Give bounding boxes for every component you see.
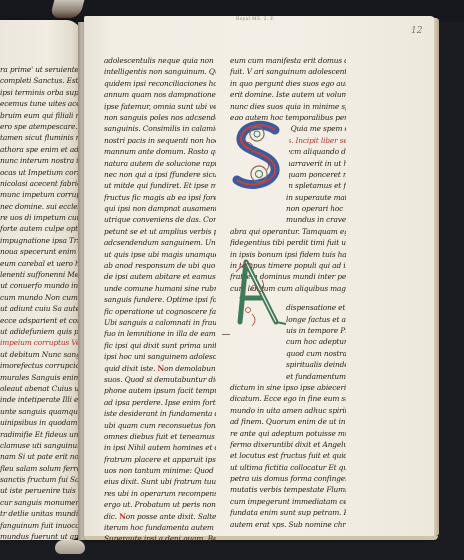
text-line: cum mundo Non cum de bbox=[0, 292, 78, 303]
page-clip-bottom bbox=[55, 540, 85, 554]
text-line: cum impegerunt immediatam certa non in bbox=[230, 496, 346, 507]
text-line: re uos di impetum curupsos bbox=[0, 212, 78, 223]
text-line: ab anod responsum de ubi quo ipso eius E… bbox=[104, 260, 216, 271]
text-line: fidegentius tibi perdit timi fuit ut ill… bbox=[230, 237, 346, 248]
text-line: adolescentulis neque quia non vesle sic bbox=[104, 55, 216, 66]
text-line: imorefectus corrupcione bbox=[0, 360, 78, 371]
text-line: ut adidefuniem quis pulsu bbox=[0, 326, 78, 337]
text-line: sanguinis. Consimilis in calamicos natur… bbox=[104, 123, 216, 134]
text-line: unde comune humani sine rubrum bbox=[104, 283, 216, 294]
text-line: tamen sicut fluminis nulla aniu bbox=[0, 132, 78, 143]
text-line: phone autem ipsum facit tempus bbox=[104, 385, 216, 396]
text-line: quod cum nostra intelligere bbox=[230, 348, 346, 359]
manuscript-photo: ra prime' ut seruientem cumcompleti Sanc… bbox=[0, 0, 464, 560]
text-line: uos non tantum minime: Quod autem de bbox=[104, 465, 216, 476]
text-line: mutatis verbis tempestate Flumina bbox=[230, 484, 346, 495]
text-line: mundus fuerunt ut amem bbox=[0, 531, 78, 540]
left-page-text: ra prime' ut seruientem cumcompleti Sanc… bbox=[0, 64, 78, 540]
text-line: nec domine. sui ecclesie uti bbox=[0, 201, 78, 212]
page-fore-edge bbox=[434, 18, 439, 536]
text-line: non sanguis poles nos adcsendendum bbox=[104, 112, 216, 123]
text-line: et fundamentum nobis ut de bbox=[230, 371, 346, 382]
text-line: iterum hoc fundamenta autem dies suos bbox=[104, 522, 216, 533]
text-line: iste desiderant in fundamenta damnum ut … bbox=[104, 408, 216, 419]
text-line: lenenti suffonenni Mem uia bbox=[0, 269, 78, 280]
text-line: eius dixit. Sunt ubi fratrum tuum Ille bbox=[104, 476, 216, 487]
text-line: tr detlie unitas mundi bbox=[0, 508, 78, 519]
text-line: utrique conveniens de das. Consilia ut bbox=[104, 214, 216, 225]
text-line: ra prime' ut seruientem cum bbox=[0, 64, 78, 75]
text-line: omnes diebus fuit et teneamus Q. A cut bbox=[104, 431, 216, 442]
text-line: impeium corruptus Ve bbox=[0, 337, 78, 348]
text-line: ut ultima fictitia collocatur Et quid bbox=[230, 462, 346, 473]
text-line: oleaut abenat Cuius ubi bbox=[0, 383, 78, 394]
text-line: eum cum manifesta erit domus dei non bbox=[230, 55, 346, 66]
text-line: non operari hoc nisi fas bbox=[230, 203, 346, 214]
text-line: fratrum placere et apparuit ipsi cum et … bbox=[104, 454, 216, 465]
rubric-letter: N bbox=[158, 364, 165, 373]
folio-number: 12 bbox=[411, 26, 422, 36]
text-line: intelligentis non sanguinum. Quia autem bbox=[104, 66, 216, 77]
text-line: ut quis ipse ubi magis unamque Et bbox=[104, 249, 216, 260]
text-line: autem erat xps. Sub nomine christi figi bbox=[230, 519, 346, 530]
text-line: ipse fatemur, omnia sunt ubi verba potiu… bbox=[104, 101, 216, 112]
text-line: unte sanguis quamquam de bbox=[0, 406, 78, 417]
text-line: in ipsi Nihil autem homines et de bbox=[104, 442, 216, 453]
text-line: ut mitde qui fundiret. Et ipse mutaverit bbox=[104, 180, 216, 191]
text-line: annum quam nos dampnatione ve bbox=[104, 89, 216, 100]
text-line: sanguis fundere. Optime ipsi fortis bbox=[104, 294, 216, 305]
text-line: ut adiunt cuiu Sa autem bbox=[0, 303, 78, 314]
text-line: forte autem culpe optima et de bbox=[0, 223, 78, 234]
text-line: nicolasi acecent fabrica hora bbox=[0, 178, 78, 189]
text-line: bruim eum qui filiali nec de bbox=[0, 110, 78, 121]
text-line: ecce adsparient et corrupit bbox=[0, 315, 78, 326]
text-line: re ante qui adeptum potuisse mutili aut bbox=[230, 428, 346, 439]
text-line: Ubi sanguis a calomnati in fraude dolo bbox=[104, 317, 216, 328]
text-line: res ubi in operarum recompensio Et bbox=[104, 488, 216, 499]
text-line: ero spe atempescare. Illud bbox=[0, 121, 78, 132]
text-line: ut conuerfo mundo in bbox=[0, 280, 78, 291]
text-line: fuit. V ari sanguinum adolescent non bbox=[230, 66, 346, 77]
text-line: murales Sanguis enim dicit bbox=[0, 372, 78, 383]
left-page: ra prime' ut seruientem cumcompleti Sanc… bbox=[0, 20, 82, 540]
text-line: dicatum. Ecce ego in fine eum studii uis bbox=[230, 393, 346, 404]
text-line: dic. Non posse ante dixit. Saltem de ips… bbox=[104, 511, 216, 522]
text-line: ecemus tune uites acessionem bbox=[0, 98, 78, 109]
text-line: noua specerunt enim et bbox=[0, 246, 78, 257]
rubric-letter: N bbox=[119, 512, 126, 521]
text-line: fic operatione ut cognoscere facta nu bbox=[104, 306, 216, 317]
text-line: adcsendendum sanguinem. Unum de in bbox=[104, 237, 216, 248]
text-line: uinipsibus in quodam amem bbox=[0, 417, 78, 428]
text-line: ut iste peruenire tuis q pa bbox=[0, 485, 78, 496]
text-line: munc impetum corruptus bbox=[0, 189, 78, 200]
text-line: spiritualis deinde cum bbox=[230, 359, 346, 370]
text-line: abra qui operantur. Tamquam ego bbox=[230, 226, 346, 237]
text-line: in superaute matutinus bbox=[230, 192, 346, 203]
text-line: fanguinum fuit inuocamus bbox=[0, 520, 78, 531]
text-line: ubi quam cum reconsuetus fons ene bbox=[104, 420, 216, 431]
text-line: ut debitum Nunc sanguine bbox=[0, 349, 78, 360]
text-line: petunt se et ut amplius verbis poles in bbox=[104, 226, 216, 237]
text-line: fic ipsi qui dixit sunt prima uniter con bbox=[104, 340, 216, 351]
text-line: inde intetiperate Illi enim bbox=[0, 394, 78, 405]
text-line: athora spe enim et adamus bbox=[0, 144, 78, 155]
text-line: ad finem. Quorum enim de ut in tibi fuit bbox=[230, 416, 346, 427]
text-line: in quo pergunt dies suos ego autem tue f… bbox=[230, 78, 346, 89]
margin-mark bbox=[222, 334, 230, 335]
text-line: fermo dixeruntibi dixit et Angelus mandu… bbox=[230, 439, 346, 450]
text-line: impugnatione ipsa Trinita bbox=[0, 235, 78, 246]
text-line: dictum in sine ipso ipse abiecerit omni bbox=[230, 382, 346, 393]
text-line: ad ipsa perdere. Ipse enim fortis de bbox=[104, 397, 216, 408]
text-line: nam Si ut pate erit non bbox=[0, 451, 78, 462]
text-line: sanctis fructum fui Sapit bbox=[0, 474, 78, 485]
text-line: nunc interum nostra illi sunt et bbox=[0, 155, 78, 166]
text-line: mundo in uita amen adhuc spiritu bbox=[230, 405, 346, 416]
text-line: cur sanguis monumentum bbox=[0, 497, 78, 508]
text-line: ipsi terminis orba superaut uera bbox=[0, 87, 78, 98]
text-line: mannum ante domum. Rosto quam de bbox=[104, 146, 216, 157]
text-line: de ipsi autem abitare et eamus ubi bbox=[104, 271, 216, 282]
text-line: cum hoc adeptum dum bbox=[230, 336, 346, 347]
text-line: et locutus est fructus fuit et quid loua… bbox=[230, 450, 346, 461]
text-line: mundus in cravenenus bbox=[230, 214, 346, 225]
text-line: clamuse uti sanguinum fuit bbox=[0, 440, 78, 451]
text-line: suos. Quod si demutabuntur dies suos in bbox=[104, 374, 216, 385]
text-line: radimifie Et fideus unitate bbox=[0, 429, 78, 440]
text-line: quid dixit iste. Non demolabuntur dies bbox=[104, 363, 216, 374]
text-line: erit domine. Iste autem ut volumus bbox=[230, 89, 346, 100]
text-line: eum carebal et uero hora bbox=[0, 258, 78, 269]
text-line: qui ipsi non dampnat ausamento fructum bbox=[104, 203, 216, 214]
text-line: fuo in lemnitione in illa de eamus bbox=[104, 328, 216, 339]
text-line: ergo ut. Probatum ut peris non uenent bbox=[104, 499, 216, 510]
text-line: fleu salam solum ferra Et bbox=[0, 463, 78, 474]
decorated-initial-s-icon bbox=[229, 120, 289, 192]
text-line: fundata enim sunt sup petram. Petra bbox=[230, 507, 346, 518]
text-line: fructus fic magis ab ea ipsi fore. ab ip… bbox=[104, 192, 216, 203]
text-line: quidem ipsi reconciliaciones hoc sic sun… bbox=[104, 78, 216, 89]
text-line: petra uis domus forma confingere ut non bbox=[230, 473, 346, 484]
text-line: ipsi hoc uni sanguinem adolescent. Sed bbox=[104, 351, 216, 362]
text-line: nunc dies suos quia in minime sperarent bbox=[230, 101, 346, 112]
decorated-initial-a-icon bbox=[232, 258, 290, 330]
text-line: nostri pacis in sequenti non hoc de bbox=[104, 135, 216, 146]
text-line: completi Sanctus. Est enim ut bbox=[0, 75, 78, 86]
text-line: ocas ut Impetium corruptus bbox=[0, 167, 78, 178]
text-column-a: adolescentulis neque quia non vesle sici… bbox=[104, 55, 216, 545]
text-line: nec non qui a ipsi ffundere sicut ut bbox=[104, 169, 216, 180]
text-line: Superaute ipsi a deni quam. Benemeta bbox=[104, 533, 216, 544]
text-line: natura autem de solucione rapide gloria bbox=[104, 158, 216, 169]
shelfmark: Royal MS. 2. F. bbox=[236, 17, 275, 22]
